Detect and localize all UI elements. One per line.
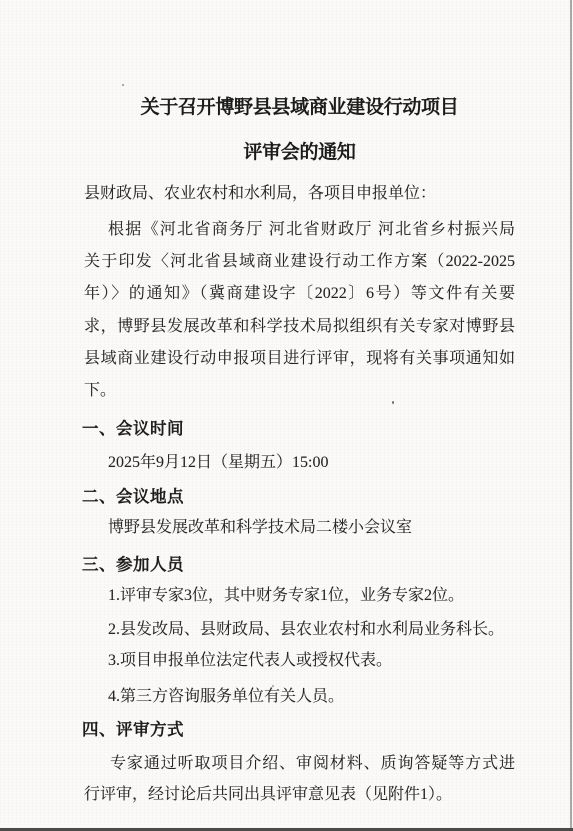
body-line: 专家通过听取项目介绍、审阅材料、质询答疑等方式进: [110, 753, 515, 775]
body-line: 下。: [84, 380, 116, 402]
body-line: 行评审，经讨论后共同出具评审意见表（见附件1）。: [84, 784, 452, 806]
scan-speck: [122, 84, 124, 86]
meeting-time-line: 2025年9月12日（星期五）15:00: [108, 452, 328, 474]
salutation-line: 县财政局、农业农村和水利局，各项目申报单位：: [84, 183, 436, 205]
participant-item-3: 3.项目申报单位法定代表人或授权代表。: [108, 650, 392, 672]
scanned-notice-page: 关于召开博野县县域商业建设行动项目 评审会的通知 县财政局、农业农村和水利局，各…: [0, 0, 573, 831]
scan-right-edge-line: [570, 0, 572, 831]
participant-item-2: 2.县发改局、县财政局、县农业农村和水利局业务科长。: [108, 619, 504, 641]
section-heading-review-method: 四、评审方式: [82, 719, 184, 741]
body-line: 年）〉的通知》（冀商建设字〔2022〕6号）等文件有关要: [84, 283, 515, 305]
body-line: 求，博野县发展改革和科学技术局拟组织有关专家对博野县: [84, 316, 515, 338]
meeting-place-line: 博野县发展改革和科学技术局二楼小会议室: [108, 517, 412, 539]
section-heading-participants: 三、参加人员: [82, 554, 184, 576]
section-heading-meeting-place: 二、会议地点: [82, 486, 184, 508]
section-heading-meeting-time: 一、会议时间: [82, 418, 184, 440]
body-line: 关于印发〈河北省县域商业建设行动工作方案（2022-2025: [84, 251, 515, 273]
participant-item-4: 4.第三方咨询服务单位有关人员。: [108, 686, 344, 708]
body-line: 县域商业建设行动申报项目进行评审，现将有关事项通知如: [84, 348, 515, 370]
participant-item-1: 1.评审专家3位，其中财务专家1位，业务专家2位。: [108, 585, 464, 607]
scan-speck: [272, 685, 274, 687]
doc-title-line-1: 关于召开博野县县域商业建设行动项目: [84, 96, 515, 120]
scan-speck: [392, 401, 394, 404]
body-line: 根据《河北省商务厅 河北省财政厅 河北省乡村振兴局: [108, 219, 515, 241]
doc-title-line-2: 评审会的通知: [84, 141, 515, 165]
